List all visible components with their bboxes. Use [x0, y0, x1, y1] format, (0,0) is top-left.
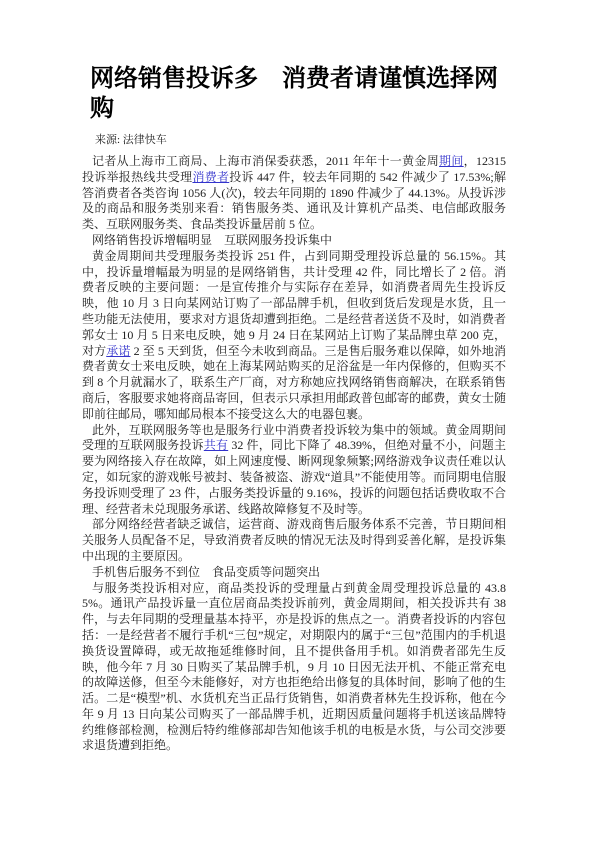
paragraph: 部分网络经营者缺乏诚信，运营商、游戏商售后服务体系不完善，节日期间相关服务人员配…: [82, 517, 506, 564]
inline-link[interactable]: 共有: [204, 438, 228, 452]
subheading: 网络销售投诉增幅明显 互联网服务投诉集中: [82, 233, 506, 249]
article-content: 网络销售投诉多 消费者请谨慎选择网购 来源: 法律快车 记者从上海市工商局、上海…: [82, 64, 506, 754]
inline-link[interactable]: 消费者: [192, 170, 229, 184]
paragraph: 黄金周期间共受理服务类投诉 251 件，占到同期受理投诉总量的 56.15%。其…: [82, 249, 506, 423]
document-page: 网络销售投诉多 消费者请谨慎选择网购 来源: 法律快车 记者从上海市工商局、上海…: [0, 0, 595, 842]
paragraph: 记者从上海市工商局、上海市消保委获悉，2011 年年十一黄金周期间，12315 …: [82, 154, 506, 233]
article-source: 来源: 法律快车: [82, 133, 506, 147]
inline-link[interactable]: 承诺: [106, 344, 130, 358]
inline-link[interactable]: 期间: [439, 154, 464, 168]
article-body: 记者从上海市工商局、上海市消保委获悉，2011 年年十一黄金周期间，12315 …: [82, 154, 506, 754]
article-title: 网络销售投诉多 消费者请谨慎选择网购: [82, 64, 506, 124]
paragraph: 此外，互联网服务等也是服务行业中消费者投诉较为集中的领域。黄金周期间受理的互联网…: [82, 423, 506, 518]
subheading: 手机售后服务不到位 食品变质等问题突出: [82, 565, 506, 581]
paragraph: 与服务类投诉相对应，商品类投诉的受理量占到黄金周受理投诉总量的 43.85%。通…: [82, 581, 506, 755]
